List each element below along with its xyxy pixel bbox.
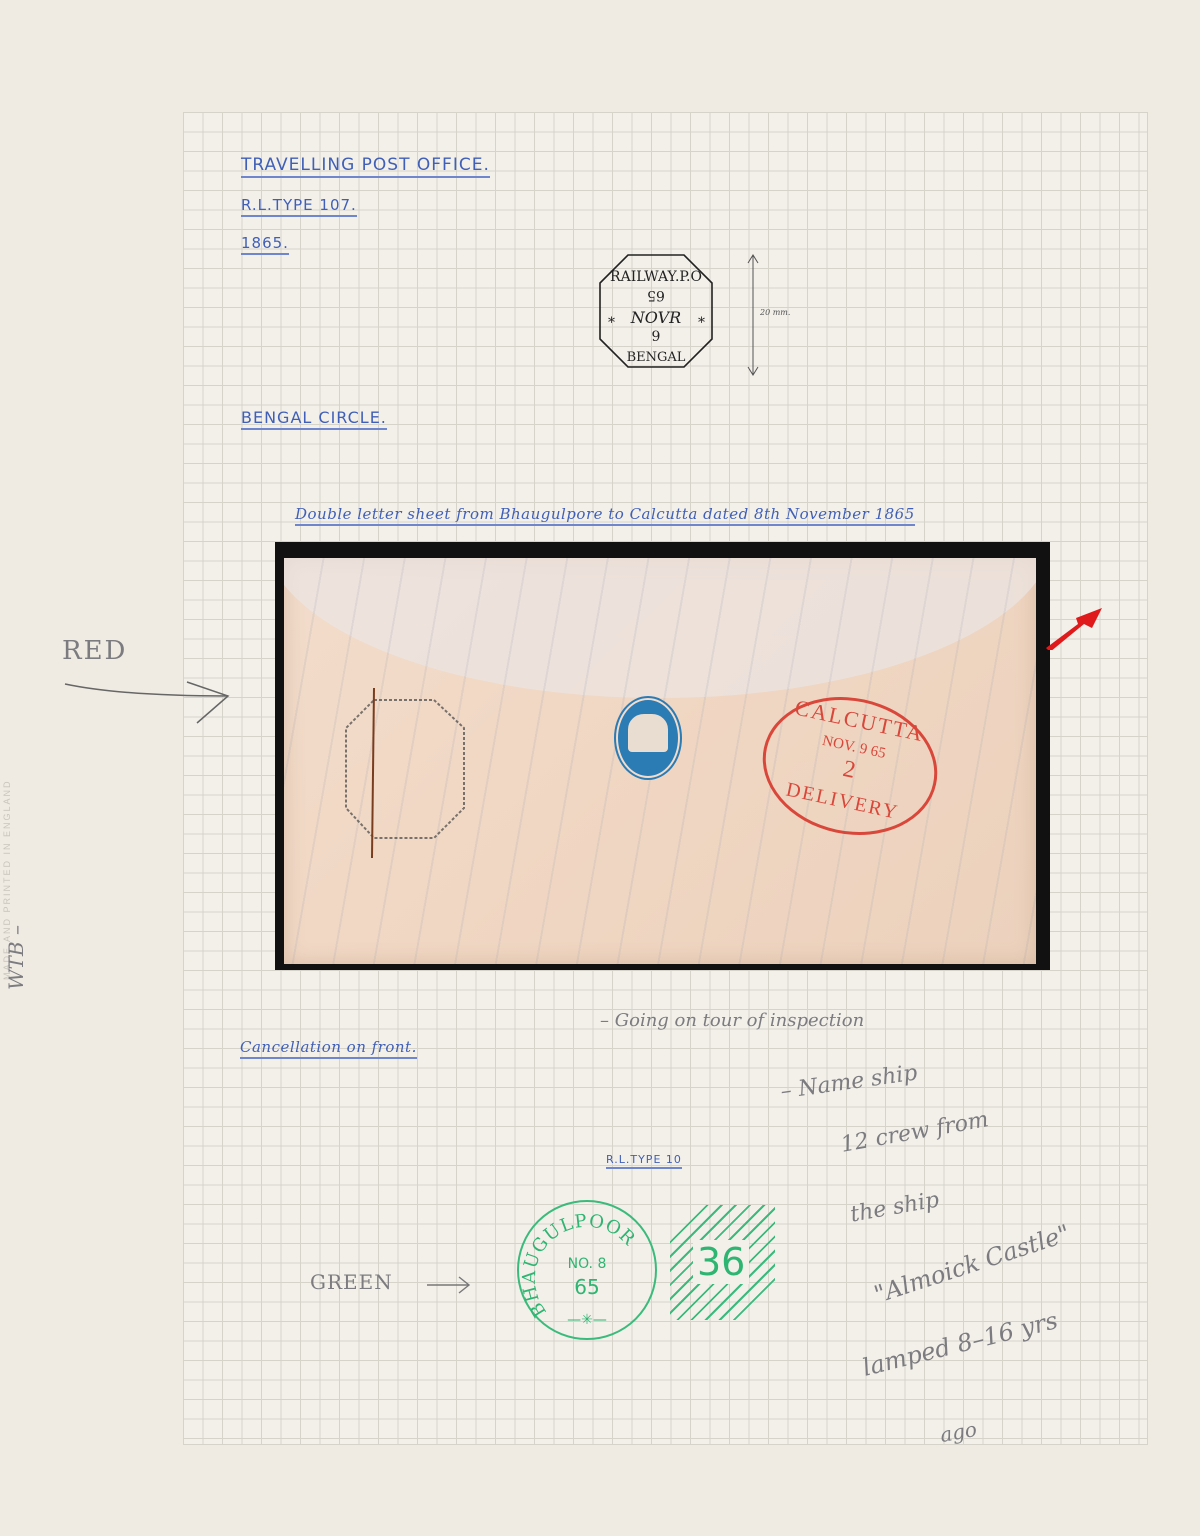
- svg-text:65: 65: [574, 1275, 599, 1299]
- cover-caption: Double letter sheet from Bhaugulpore to …: [295, 505, 915, 526]
- front-cancel-heading: Cancellation on front.: [240, 1038, 417, 1059]
- svg-text:NOVR: NOVR: [630, 308, 681, 327]
- green-annotation: GREEN: [310, 1270, 393, 1294]
- obliterator-numeral: 36: [693, 1240, 749, 1284]
- svg-text:9: 9: [652, 329, 661, 345]
- red-pointer-arrow: [62, 678, 242, 738]
- page-title: TRAVELLING POST OFFICE.: [241, 155, 490, 178]
- svg-text:*: *: [698, 315, 705, 331]
- svg-text:—✳—: —✳—: [567, 1312, 607, 1328]
- red-annotation: RED: [62, 636, 127, 666]
- railway-po-postmark: RAILWAY.P.O 65 NOVR 9 BENGAL * * 20 mm.: [598, 251, 798, 386]
- svg-text:65: 65: [647, 287, 665, 303]
- svg-text:BENGAL: BENGAL: [627, 350, 686, 365]
- svg-text:*: *: [608, 315, 615, 331]
- pencil-note: – Going on tour of inspection: [600, 1010, 864, 1031]
- elephant-icon: [628, 714, 668, 752]
- year-heading: 1865.: [241, 234, 289, 255]
- faint-octagonal-cancel: [334, 688, 484, 858]
- svg-text:NO. 8: NO. 8: [568, 1256, 607, 1272]
- svg-text:RAILWAY.P.O: RAILWAY.P.O: [610, 269, 702, 285]
- green-pointer-arrow: [425, 1275, 475, 1295]
- type-heading: R.L.TYPE 107.: [241, 196, 357, 217]
- type-10-heading: R.L.TYPE 10: [606, 1153, 682, 1169]
- circle-heading: BENGAL CIRCLE.: [241, 408, 387, 430]
- svg-text:20 mm.: 20 mm.: [759, 308, 790, 317]
- red-position-arrow-icon: [1046, 600, 1106, 650]
- margin-pencil-note: WTB –: [4, 925, 28, 990]
- bhaugulpoor-postmark: BHAUGULPOOR NO. 8 65 —✳—: [517, 1200, 657, 1340]
- embossed-elephant-seal: [616, 698, 680, 778]
